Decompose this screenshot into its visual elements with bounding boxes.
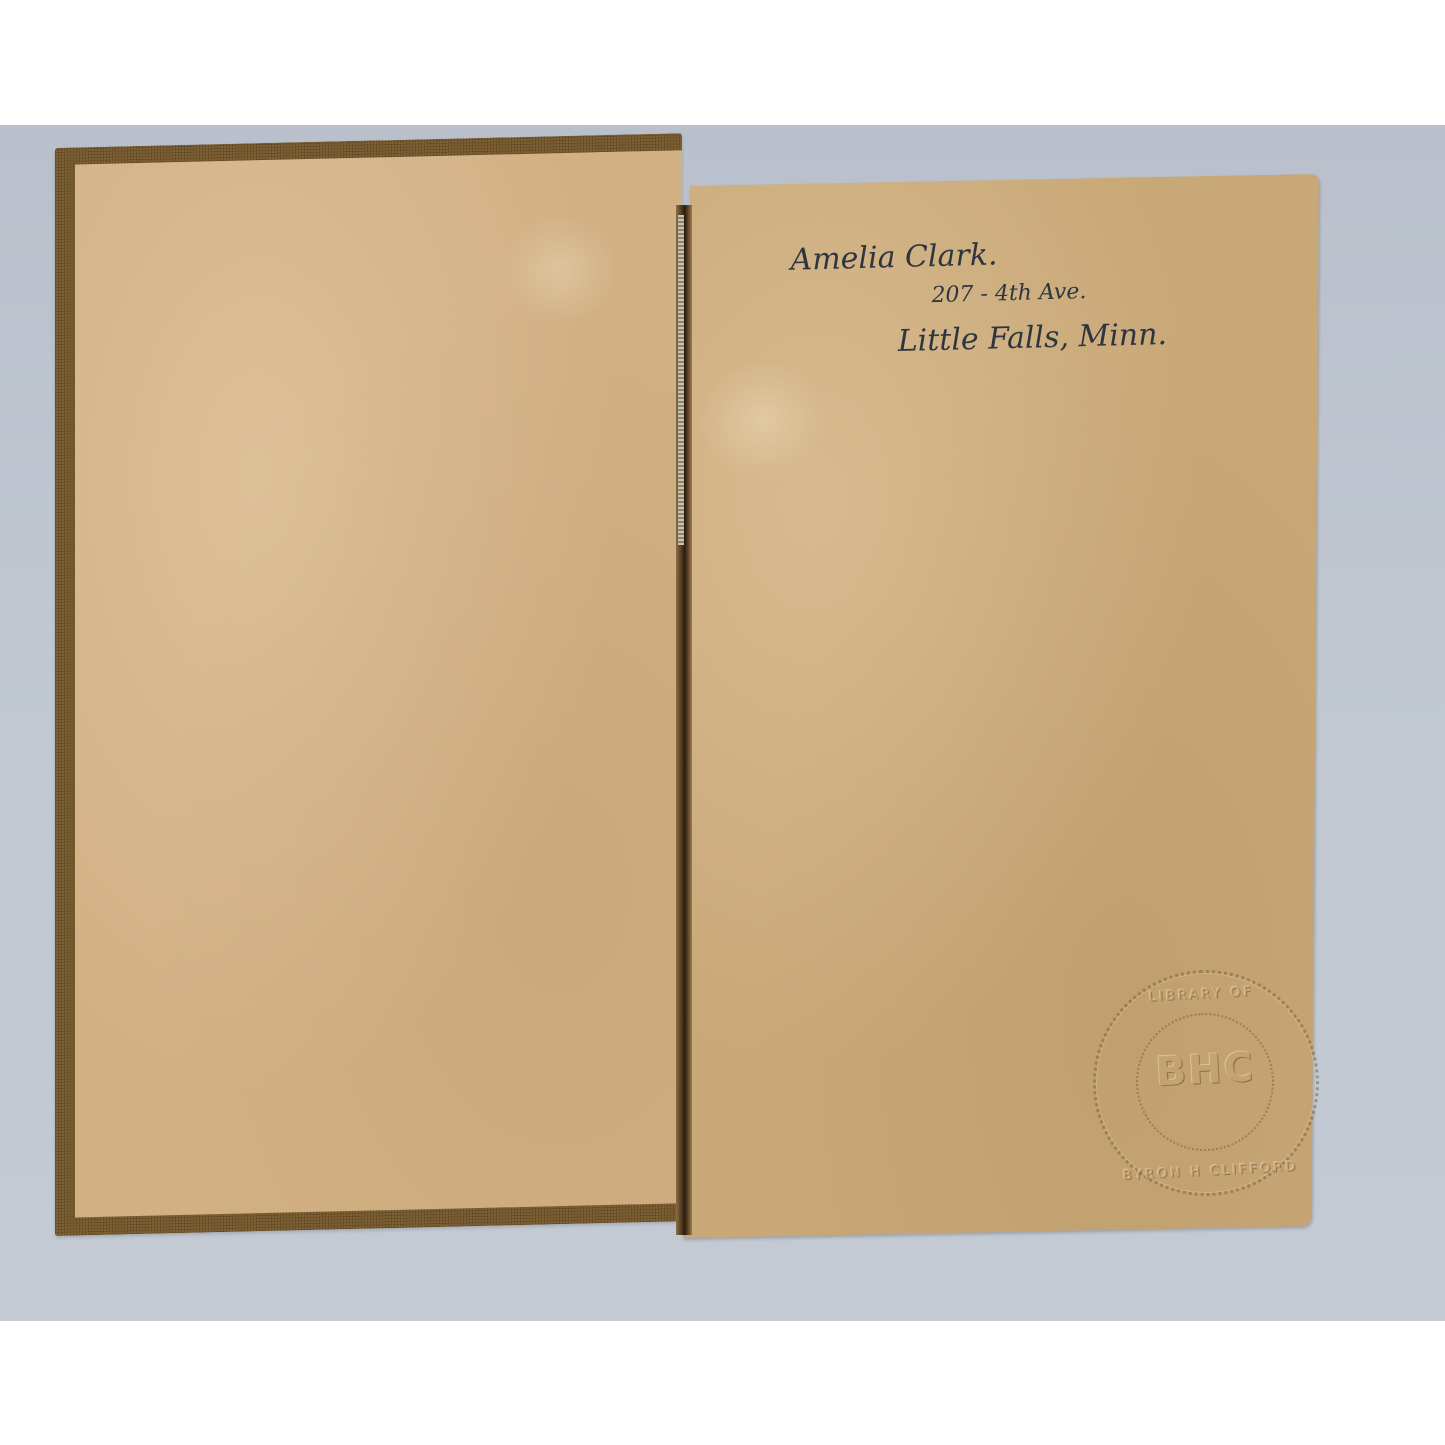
water-stain-left (500, 215, 620, 325)
binding-mull (678, 215, 684, 545)
owner-name: Amelia Clark. (790, 237, 998, 277)
seal-monogram: BHC (1094, 1041, 1316, 1098)
water-stain-right (696, 358, 827, 481)
owner-city: Little Falls, Minn. (897, 317, 1167, 359)
owner-street: 207 - 4th Ave. (931, 279, 1086, 308)
